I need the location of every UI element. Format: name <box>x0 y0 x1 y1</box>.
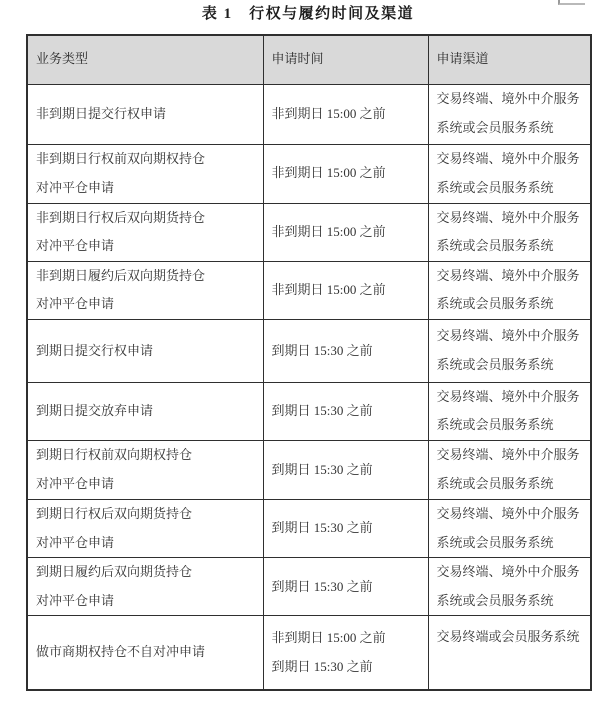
cell-apply-time: 非到期日 15:00 之前 <box>263 144 428 203</box>
cell-business-type: 非到期日行权前双向期权持仓 对冲平仓申请 <box>27 144 263 203</box>
header-row: 业务类型 申请时间 申请渠道 <box>27 35 591 84</box>
col-header-business-type: 业务类型 <box>27 35 263 84</box>
cell-apply-channel: 交易终端或会员服务系统 <box>428 616 591 690</box>
cell-business-type: 到期日履约后双向期货持仓 对冲平仓申请 <box>27 558 263 616</box>
cell-business-type: 非到期日履约后双向期货持仓 对冲平仓申请 <box>27 261 263 319</box>
exercise-settlement-table: 业务类型 申请时间 申请渠道 非到期日提交行权申请 非到期日 15:00 之前 … <box>26 34 592 691</box>
table-row: 到期日行权后双向期货持仓 对冲平仓申请 到期日 15:30 之前 交易终端、境外… <box>27 500 591 558</box>
cell-apply-channel: 交易终端、境外中介服务 系统或会员服务系统 <box>428 382 591 440</box>
col-header-apply-time: 申请时间 <box>263 35 428 84</box>
cell-apply-channel: 交易终端、境外中介服务 系统或会员服务系统 <box>428 261 591 319</box>
cell-apply-channel: 交易终端、境外中介服务 系统或会员服务系统 <box>428 500 591 558</box>
cell-apply-time: 非到期日 15:00 之前 <box>263 261 428 319</box>
table-row: 做市商期权持仓不自对冲申请 非到期日 15:00 之前 到期日 15:30 之前… <box>27 616 591 690</box>
cell-apply-channel: 交易终端、境外中介服务 系统或会员服务系统 <box>428 441 591 500</box>
cell-apply-time: 到期日 15:30 之前 <box>263 382 428 440</box>
cell-apply-time: 到期日 15:30 之前 <box>263 558 428 616</box>
cell-business-type: 到期日提交放弃申请 <box>27 382 263 440</box>
cell-apply-channel: 交易终端、境外中介服务 系统或会员服务系统 <box>428 84 591 144</box>
table-row: 非到期日行权前双向期权持仓 对冲平仓申请 非到期日 15:00 之前 交易终端、… <box>27 144 591 203</box>
cell-apply-channel: 交易终端、境外中介服务 系统或会员服务系统 <box>428 319 591 382</box>
table-row: 非到期日行权后双向期货持仓 对冲平仓申请 非到期日 15:00 之前 交易终端、… <box>27 203 591 261</box>
cell-apply-time: 到期日 15:30 之前 <box>263 500 428 558</box>
table-row: 到期日提交行权申请 到期日 15:30 之前 交易终端、境外中介服务 系统或会员… <box>27 319 591 382</box>
cell-business-type: 做市商期权持仓不自对冲申请 <box>27 616 263 690</box>
cell-apply-channel: 交易终端、境外中介服务 系统或会员服务系统 <box>428 144 591 203</box>
table-row: 到期日行权前双向期权持仓 对冲平仓申请 到期日 15:30 之前 交易终端、境外… <box>27 441 591 500</box>
table-title: 表 1 行权与履约时间及渠道 <box>0 2 616 23</box>
cell-apply-time: 到期日 15:30 之前 <box>263 441 428 500</box>
cell-apply-channel: 交易终端、境外中介服务 系统或会员服务系统 <box>428 558 591 616</box>
document-page: 表 1 行权与履约时间及渠道 业务类型 申请时间 申请渠道 非到期日提交行权申请… <box>0 0 616 701</box>
cell-apply-time: 非到期日 15:00 之前 到期日 15:30 之前 <box>263 616 428 690</box>
cell-apply-time: 非到期日 15:00 之前 <box>263 84 428 144</box>
cell-business-type: 到期日提交行权申请 <box>27 319 263 382</box>
cell-apply-time: 到期日 15:30 之前 <box>263 319 428 382</box>
cell-business-type: 非到期日行权后双向期货持仓 对冲平仓申请 <box>27 203 263 261</box>
cell-business-type: 到期日行权前双向期权持仓 对冲平仓申请 <box>27 441 263 500</box>
table-row: 非到期日履约后双向期货持仓 对冲平仓申请 非到期日 15:00 之前 交易终端、… <box>27 261 591 319</box>
cell-apply-time: 非到期日 15:00 之前 <box>263 203 428 261</box>
cell-business-type: 到期日行权后双向期货持仓 对冲平仓申请 <box>27 500 263 558</box>
col-header-apply-channel: 申请渠道 <box>428 35 591 84</box>
table-row: 到期日履约后双向期货持仓 对冲平仓申请 到期日 15:30 之前 交易终端、境外… <box>27 558 591 616</box>
cell-business-type: 非到期日提交行权申请 <box>27 84 263 144</box>
table-row: 非到期日提交行权申请 非到期日 15:00 之前 交易终端、境外中介服务 系统或… <box>27 84 591 144</box>
cell-apply-channel: 交易终端、境外中介服务 系统或会员服务系统 <box>428 203 591 261</box>
table-row: 到期日提交放弃申请 到期日 15:30 之前 交易终端、境外中介服务 系统或会员… <box>27 382 591 440</box>
